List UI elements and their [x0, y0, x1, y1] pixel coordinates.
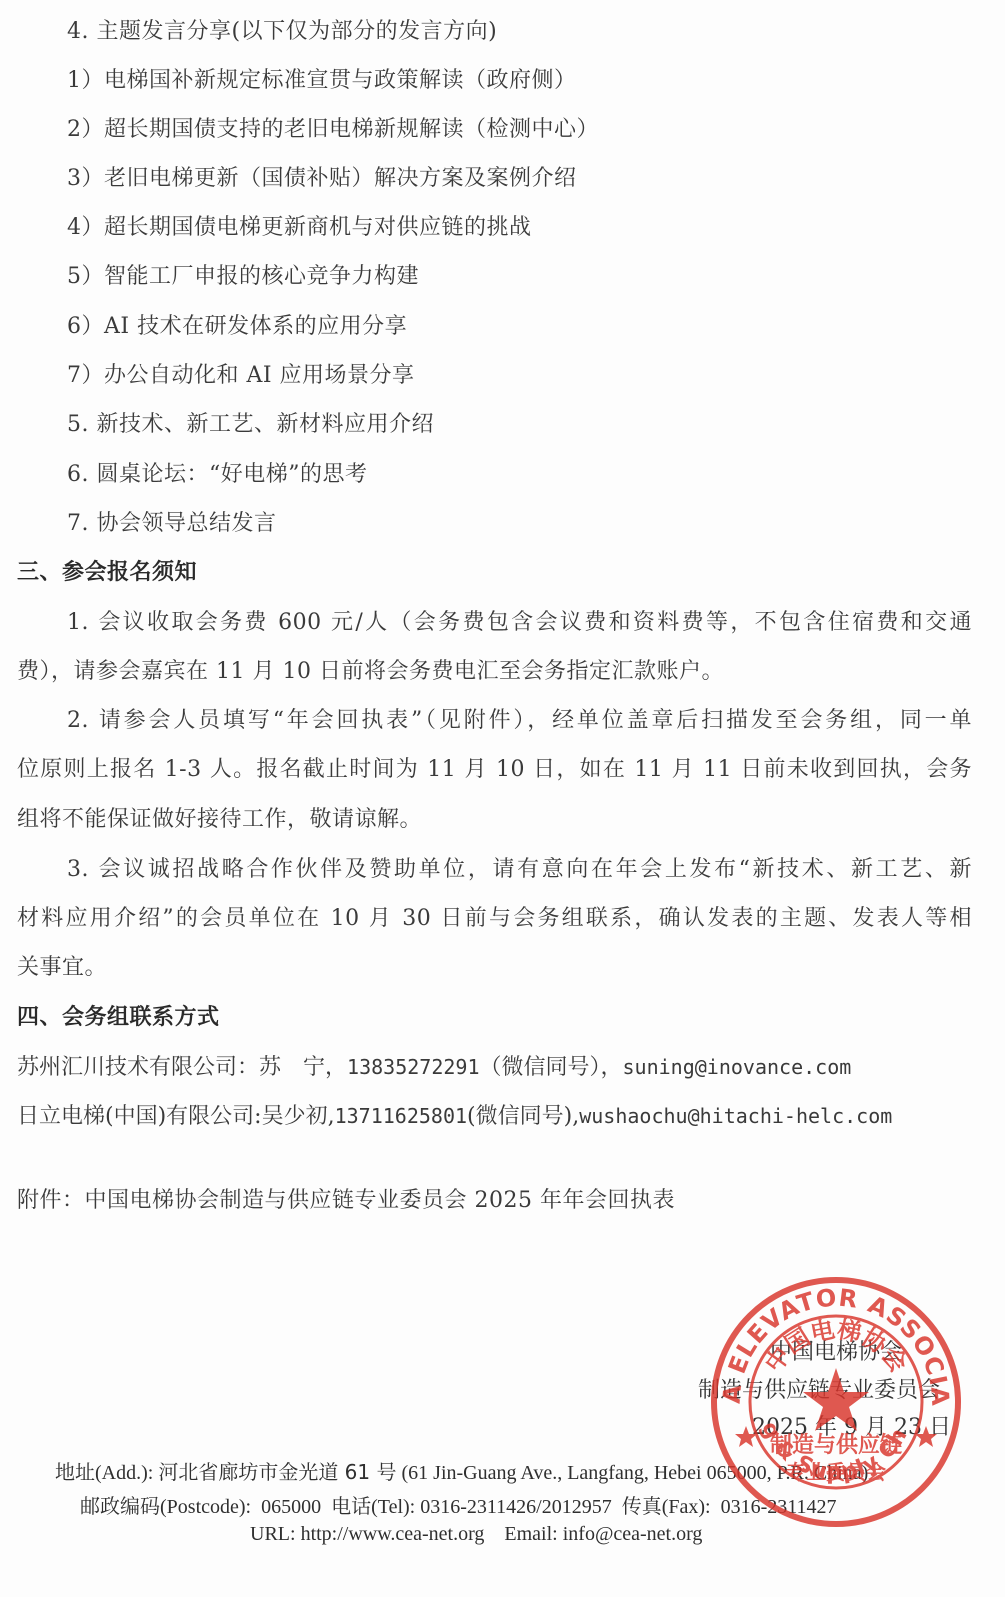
footer-address: 地址(Add.): 河北省廊坊市金光道 61 号 (61 Jin-Guang A… [55, 1456, 868, 1485]
footer-postcode-phone-fax: 邮政编码(Postcode): 065000 电话(Tel): 0316-231… [80, 1490, 837, 1519]
section-3-heading: 三、参会报名须知 [17, 558, 197, 588]
agenda-item-4-title: 4. 主题发言分享(以下仅为部分的发言方向) [67, 17, 497, 47]
contact-company: 日立电梯(中国)有限公司: [17, 1104, 262, 1129]
footer-url-email: URL: http://www.cea-net.org Email: info@… [250, 1523, 702, 1546]
agenda-subtopic-4: 4）超长期国债电梯更新商机与对供应链的挑战 [67, 213, 532, 243]
section-3-para-2-line-2: 位原则上报名 1-3 人。报名截止时间为 11 月 10 日，如在 11 月 1… [17, 755, 972, 785]
signature-org-line-1: 中国电梯协会 [770, 1335, 902, 1366]
agenda-subtopic-6: 6）AI 技术在研发体系的应用分享 [67, 312, 407, 342]
agenda-item-6: 6. 圆桌论坛：“好电梯”的思考 [67, 460, 367, 490]
contact-phone: 13835272291 [347, 1055, 479, 1079]
section-3-para-3-line-3: 关事宜。 [17, 953, 972, 983]
contact-email: suning@inovance.com [623, 1055, 852, 1079]
agenda-item-5: 5. 新技术、新工艺、新材料应用介绍 [67, 410, 434, 440]
signature-date: 2025 年 9 月 23 日 [752, 1410, 951, 1441]
section-4-heading: 四、会务组联系方式 [17, 1003, 220, 1033]
attachment-note: 附件：中国电梯协会制造与供应链专业委员会 2025 年年会回执表 [17, 1186, 675, 1216]
contact-phone: 13711625801 [335, 1104, 467, 1128]
section-3-para-1-line-1: 1. 会议收取会务费 600 元/人（会务费包含会议费和资料费等，不包含住宿费和… [17, 608, 972, 638]
signature-org-line-2: 制造与供应链专业委员会 [698, 1373, 940, 1404]
section-3-para-3-line-1: 3. 会议诚招战略合作伙伴及赞助单位，请有意向在年会上发布“新技术、新工艺、新 [17, 855, 972, 885]
footer-url-link[interactable]: http://www.cea-net.org [301, 1523, 485, 1545]
agenda-subtopic-3: 3）老旧电梯更新（国债补贴）解决方案及案例介绍 [67, 164, 577, 194]
contact-email: wushaochu@hitachi-helc.com [579, 1104, 892, 1128]
contact-row-1: 苏州汇川技术有限公司：苏 宁，13835272291（微信同号），suning@… [17, 1052, 851, 1083]
section-3-para-2-line-3: 组将不能保证做好接待工作，敬请谅解。 [17, 805, 972, 835]
agenda-subtopic-7: 7）办公自动化和 AI 应用场景分享 [67, 361, 415, 391]
section-3-para-3-line-2: 材料应用介绍”的会员单位在 10 月 30 日前与会务组联系，确认发表的主题、发… [17, 904, 972, 934]
contact-note: (微信同号), [467, 1104, 579, 1129]
contact-name: 吴少初, [262, 1104, 335, 1129]
agenda-item-7: 7. 协会领导总结发言 [67, 509, 276, 539]
agenda-subtopic-2: 2）超长期国债支持的老旧电梯新规解读（检测中心） [67, 115, 599, 145]
section-3-para-1-line-2: 费），请参会嘉宾在 11 月 10 日前将会务费电汇至会务指定汇款账户。 [17, 657, 972, 687]
agenda-subtopic-5: 5）智能工厂申报的核心竞争力构建 [67, 262, 419, 292]
contact-row-2: 日立电梯(中国)有限公司:吴少初,13711625801(微信同号),wusha… [17, 1101, 892, 1132]
contact-company: 苏州汇川技术有限公司： [17, 1055, 259, 1080]
agenda-subtopic-1: 1）电梯国补新规定标准宣贯与政策解读（政府侧） [67, 66, 577, 96]
footer-email-link[interactable]: info@cea-net.org [563, 1523, 703, 1545]
contact-name: 苏 宁， [259, 1055, 347, 1080]
section-3-para-2-line-1: 2. 请参会人员填写“年会回执表”（见附件），经单位盖章后扫描发至会务组，同一单 [17, 706, 972, 736]
contact-note: （微信同号）， [479, 1055, 622, 1080]
